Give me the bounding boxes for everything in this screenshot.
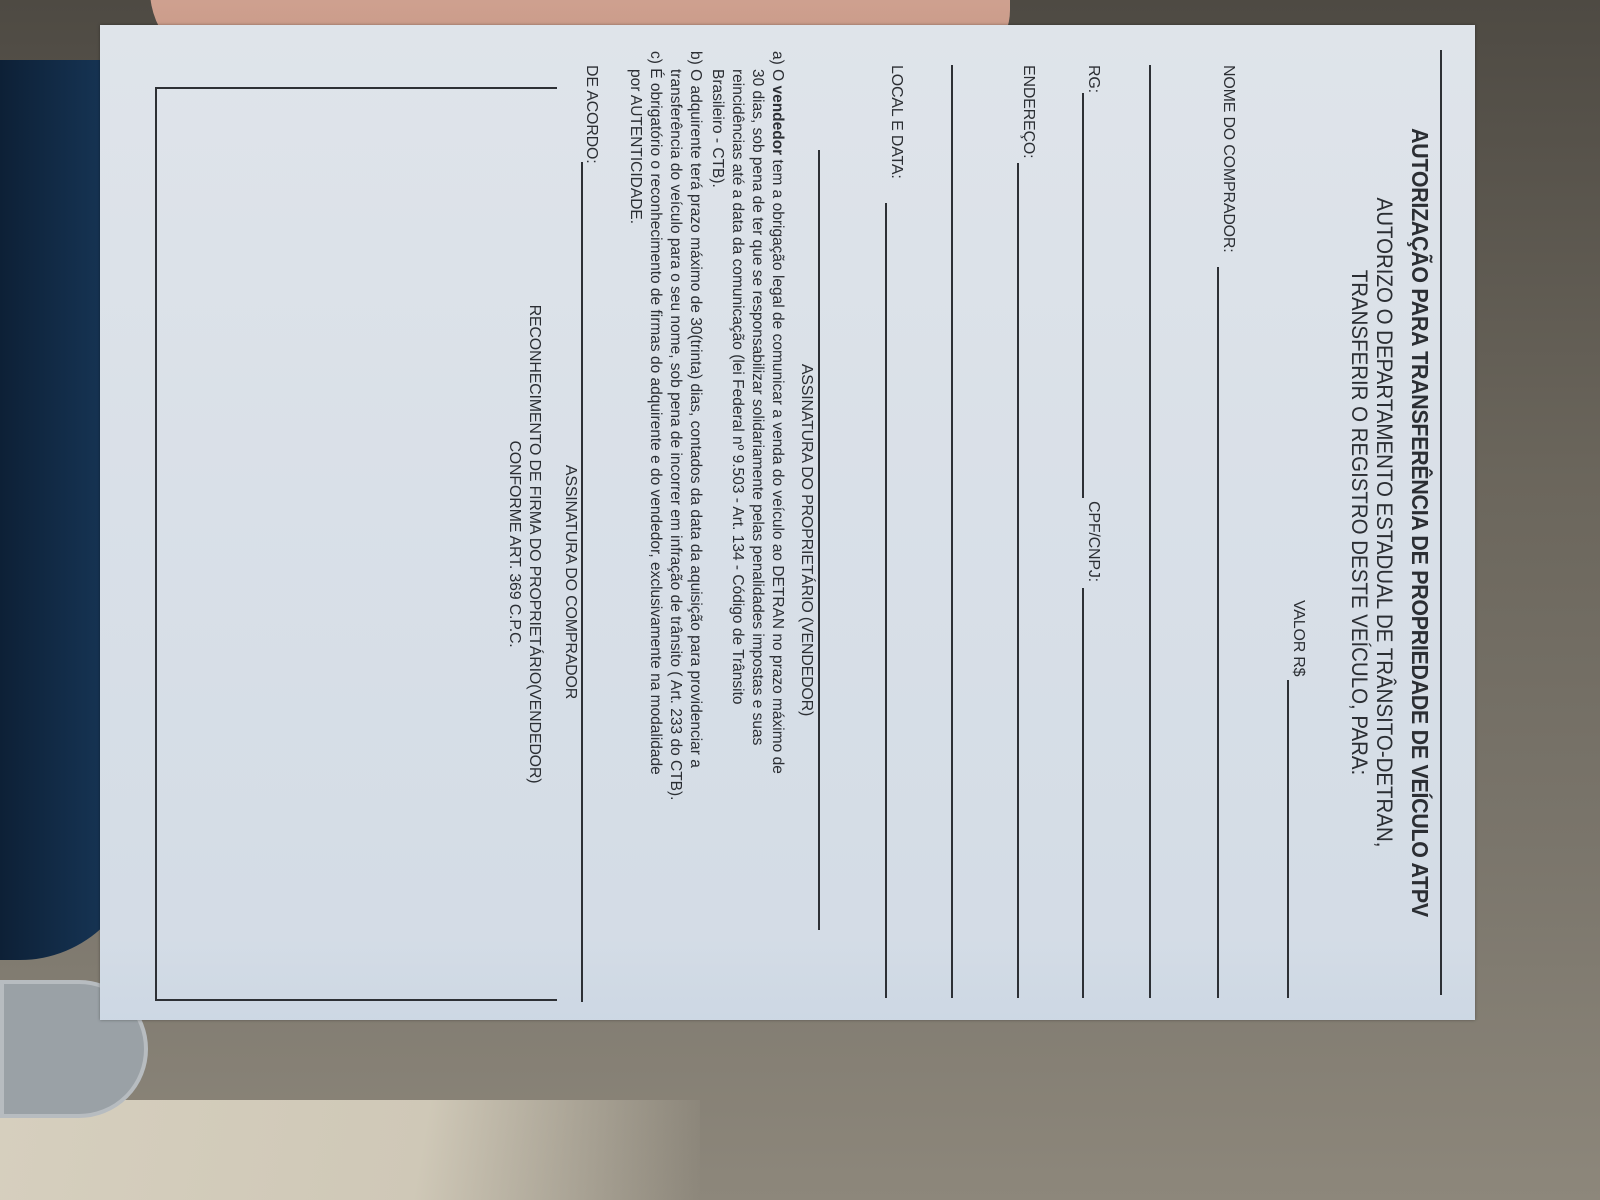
ground-sunlight (0, 1100, 700, 1200)
note-a-line1: tem a obrigação legal de comunicar a ven… (769, 155, 786, 774)
endereco-label: ENDEREÇO: (1019, 65, 1037, 158)
local-data-label: LOCAL E DATA: (887, 65, 905, 179)
nome-comprador-field[interactable] (1217, 267, 1219, 998)
nome-comprador-label: NOME DO COMPRADOR: (1219, 65, 1237, 253)
de-acordo-label: DE ACORDO: (582, 65, 600, 163)
seller-signature-line[interactable] (818, 150, 820, 930)
cpf-cnpj-label: CPF/CNPJ: (1084, 501, 1102, 582)
notary-stamp-box (155, 87, 557, 1001)
valor-label: VALOR R$ (1289, 600, 1307, 676)
rg-field[interactable] (1082, 93, 1084, 498)
subtitle-line-1: AUTORIZO O DEPARTAMENTO ESTADUAL DE TRÂN… (1371, 97, 1397, 948)
note-a-prefix: a) O (769, 51, 786, 85)
note-b-line1: b) O adquirente terá prazo máximo de 30(… (685, 51, 705, 800)
local-data-field[interactable] (885, 203, 887, 998)
note-c: c) É obrigatório o reconhecimento de fir… (625, 51, 665, 775)
note-c-line1: c) É obrigatório o reconhecimento de fir… (645, 51, 665, 775)
endereco-field-continuation[interactable] (951, 65, 953, 998)
note-c-line2: por AUTENTICIDADE. (625, 51, 645, 775)
notary-caption-line-2: CONFORME ART. 369 C.P.C. (505, 87, 523, 1001)
note-a-line4: Brasileiro - CTB). (707, 51, 727, 774)
endereco-field[interactable] (1017, 163, 1019, 998)
note-a-line2: 30 dias, sob pena de ter que se responsa… (747, 51, 767, 774)
notary-caption-line-1: RECONHECIMENTO DE FIRMA DO PROPRIETÁRIO(… (525, 87, 543, 1001)
rg-label: RG: (1084, 65, 1102, 93)
atpv-form-page: AUTORIZAÇÃO PARA TRANSFERÊNCIA DE PROPRI… (100, 25, 1475, 1020)
cpf-cnpj-field[interactable] (1082, 588, 1084, 998)
nome-comprador-field-continuation[interactable] (1149, 65, 1151, 998)
document-title: AUTORIZAÇÃO PARA TRANSFERÊNCIA DE PROPRI… (1406, 97, 1433, 948)
buyer-signature-line[interactable] (581, 162, 583, 1002)
subtitle-line-2: TRANSFERIR O REGISTRO DESTE VEÍCULO, PAR… (1346, 97, 1372, 948)
buyer-signature-caption: ASSINATURA DO COMPRADOR (561, 162, 579, 1002)
photographed-document: AUTORIZAÇÃO PARA TRANSFERÊNCIA DE PROPRI… (100, 25, 1475, 1020)
seller-signature-caption: ASSINATURA DO PROPRIETÁRIO (VENDEDOR) (797, 150, 815, 930)
note-a-line3: reincidências até a data da comunicação … (727, 51, 747, 774)
title-rule (1440, 50, 1442, 995)
note-b: b) O adquirente terá prazo máximo de 30(… (665, 51, 705, 800)
note-b-line2: transferência do veículo para o seu nome… (665, 51, 685, 800)
note-a-bold: vendedor (769, 85, 786, 155)
valor-field[interactable] (1287, 680, 1289, 998)
note-a: a) O vendedor tem a obrigação legal de c… (707, 51, 787, 774)
